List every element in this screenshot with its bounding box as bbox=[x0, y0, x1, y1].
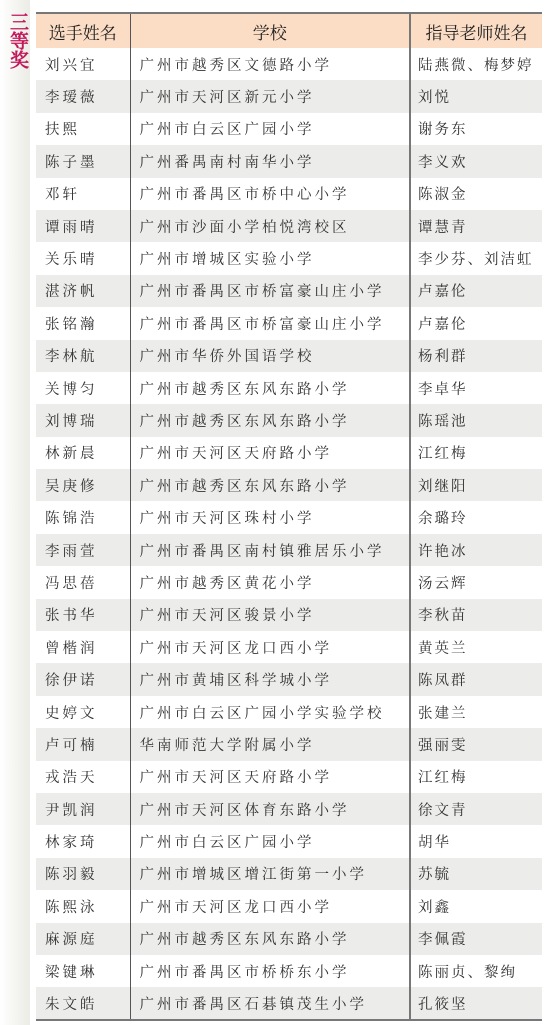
table-row: 冯思蓓广州市越秀区黄花小学汤云辉 bbox=[36, 566, 542, 598]
teacher-name-cell: 胡华 bbox=[410, 825, 542, 857]
school-cell: 广州市白云区广园小学实验学校 bbox=[130, 696, 410, 728]
table-row: 朱文皓广州市番禺区石碁镇茂生小学孔筱坚 bbox=[36, 987, 542, 1019]
school-cell: 广州市白云区广园小学 bbox=[130, 113, 410, 145]
table-row: 梁键琳广州市番禺区市桥桥东小学陈丽贞、黎绚 bbox=[36, 955, 542, 987]
table-header-row: 选手姓名 学校 指导老师姓名 bbox=[36, 13, 542, 48]
school-cell: 广州市沙面小学柏悦湾校区 bbox=[130, 210, 410, 242]
table-row: 关博匀广州市越秀区东风东路小学李卓华 bbox=[36, 372, 542, 404]
school-cell: 广州番禺南村南华小学 bbox=[130, 145, 410, 177]
table-row: 林家琦广州市白云区广园小学胡华 bbox=[36, 825, 542, 857]
student-name-cell: 关乐晴 bbox=[36, 242, 130, 274]
table-row: 吴庚修广州市越秀区东风东路小学刘继阳 bbox=[36, 469, 542, 501]
table-row: 谭雨晴广州市沙面小学柏悦湾校区谭慧青 bbox=[36, 210, 542, 242]
student-name-cell: 林家琦 bbox=[36, 825, 130, 857]
school-cell: 广州市华侨外国语学校 bbox=[130, 340, 410, 372]
table-row: 湛济帆广州市番禺区市桥富豪山庄小学卢嘉伦 bbox=[36, 275, 542, 307]
teacher-name-cell: 陈瑶池 bbox=[410, 404, 542, 436]
table-body: 刘兴宜广州市越秀区文德路小学陆燕微、梅梦婷李瑷薇广州市天河区新元小学刘悦扶熙广州… bbox=[36, 48, 542, 1020]
table-row: 刘兴宜广州市越秀区文德路小学陆燕微、梅梦婷 bbox=[36, 48, 542, 80]
student-name-cell: 尹凯润 bbox=[36, 793, 130, 825]
table-row: 麻源庭广州市越秀区东风东路小学李佩霞 bbox=[36, 923, 542, 955]
teacher-name-cell: 江红梅 bbox=[410, 437, 542, 469]
table-row: 邓轩广州市番禺区市桥中心小学陈淑金 bbox=[36, 178, 542, 210]
teacher-name-cell: 卢嘉伦 bbox=[410, 307, 542, 339]
table-row: 曾楷润广州市天河区龙口西小学黄英兰 bbox=[36, 631, 542, 663]
student-name-cell: 李雨萱 bbox=[36, 534, 130, 566]
student-name-cell: 扶熙 bbox=[36, 113, 130, 145]
student-name-cell: 张书华 bbox=[36, 599, 130, 631]
school-cell: 广州市天河区龙口西小学 bbox=[130, 890, 410, 922]
teacher-name-cell: 李秋苗 bbox=[410, 599, 542, 631]
school-cell: 广州市天河区龙口西小学 bbox=[130, 631, 410, 663]
school-cell: 广州市天河区珠村小学 bbox=[130, 501, 410, 533]
side-band bbox=[0, 0, 30, 1025]
teacher-name-cell: 陆燕微、梅梦婷 bbox=[410, 48, 542, 80]
school-cell: 广州市增城区实验小学 bbox=[130, 242, 410, 274]
school-cell: 广州市越秀区东风东路小学 bbox=[130, 469, 410, 501]
school-cell: 广州市天河区天府路小学 bbox=[130, 761, 410, 793]
student-name-cell: 李瑷薇 bbox=[36, 80, 130, 112]
school-cell: 广州市越秀区东风东路小学 bbox=[130, 404, 410, 436]
teacher-name-cell: 刘悦 bbox=[410, 80, 542, 112]
student-name-cell: 陈羽毅 bbox=[36, 858, 130, 890]
teacher-name-cell: 江红梅 bbox=[410, 761, 542, 793]
teacher-name-cell: 卢嘉伦 bbox=[410, 275, 542, 307]
teacher-name-cell: 陈丽贞、黎绚 bbox=[410, 955, 542, 987]
school-cell: 广州市天河区天府路小学 bbox=[130, 437, 410, 469]
student-name-cell: 曾楷润 bbox=[36, 631, 130, 663]
student-name-cell: 湛济帆 bbox=[36, 275, 130, 307]
header-student-name: 选手姓名 bbox=[36, 13, 130, 48]
award-category-label: 三等奖 bbox=[4, 12, 28, 69]
teacher-name-cell: 孔筱坚 bbox=[410, 987, 542, 1019]
table-row: 扶熙广州市白云区广园小学谢务东 bbox=[36, 113, 542, 145]
school-cell: 广州市天河区体育东路小学 bbox=[130, 793, 410, 825]
table-row: 林新晨广州市天河区天府路小学江红梅 bbox=[36, 437, 542, 469]
school-cell: 广州市天河区新元小学 bbox=[130, 80, 410, 112]
school-cell: 华南师范大学附属小学 bbox=[130, 728, 410, 760]
teacher-name-cell: 陈凤群 bbox=[410, 663, 542, 695]
teacher-name-cell: 张建兰 bbox=[410, 696, 542, 728]
table-row: 史婷文广州市白云区广园小学实验学校张建兰 bbox=[36, 696, 542, 728]
school-cell: 广州市黄埔区科学城小学 bbox=[130, 663, 410, 695]
student-name-cell: 刘博瑞 bbox=[36, 404, 130, 436]
student-name-cell: 梁键琳 bbox=[36, 955, 130, 987]
header-teacher-name: 指导老师姓名 bbox=[410, 13, 542, 48]
school-cell: 广州市越秀区文德路小学 bbox=[130, 48, 410, 80]
teacher-name-cell: 李少芬、刘洁虹 bbox=[410, 242, 542, 274]
student-name-cell: 朱文皓 bbox=[36, 987, 130, 1019]
student-name-cell: 陈熙泳 bbox=[36, 890, 130, 922]
teacher-name-cell: 黄英兰 bbox=[410, 631, 542, 663]
student-name-cell: 陈子墨 bbox=[36, 145, 130, 177]
student-name-cell: 邓轩 bbox=[36, 178, 130, 210]
table-row: 李雨萱广州市番禺区南村镇雅居乐小学许艳冰 bbox=[36, 534, 542, 566]
teacher-name-cell: 李佩霞 bbox=[410, 923, 542, 955]
table-row: 徐伊诺广州市黄埔区科学城小学陈凤群 bbox=[36, 663, 542, 695]
teacher-name-cell: 谢务东 bbox=[410, 113, 542, 145]
winners-table: 选手姓名 学校 指导老师姓名 刘兴宜广州市越秀区文德路小学陆燕微、梅梦婷李瑷薇广… bbox=[36, 12, 542, 1021]
school-cell: 广州市番禺区市桥富豪山庄小学 bbox=[130, 307, 410, 339]
teacher-name-cell: 李义欢 bbox=[410, 145, 542, 177]
school-cell: 广州市番禺区市桥富豪山庄小学 bbox=[130, 275, 410, 307]
student-name-cell: 史婷文 bbox=[36, 696, 130, 728]
teacher-name-cell: 李卓华 bbox=[410, 372, 542, 404]
school-cell: 广州市天河区骏景小学 bbox=[130, 599, 410, 631]
student-name-cell: 陈锦浩 bbox=[36, 501, 130, 533]
student-name-cell: 谭雨晴 bbox=[36, 210, 130, 242]
teacher-name-cell: 刘鑫 bbox=[410, 890, 542, 922]
student-name-cell: 徐伊诺 bbox=[36, 663, 130, 695]
school-cell: 广州市增城区增江街第一小学 bbox=[130, 858, 410, 890]
teacher-name-cell: 陈淑金 bbox=[410, 178, 542, 210]
table-row: 张铭瀚广州市番禺区市桥富豪山庄小学卢嘉伦 bbox=[36, 307, 542, 339]
school-cell: 广州市越秀区东风东路小学 bbox=[130, 372, 410, 404]
student-name-cell: 卢可楠 bbox=[36, 728, 130, 760]
student-name-cell: 冯思蓓 bbox=[36, 566, 130, 598]
student-name-cell: 关博匀 bbox=[36, 372, 130, 404]
school-cell: 广州市番禺区市桥桥东小学 bbox=[130, 955, 410, 987]
teacher-name-cell: 苏毓 bbox=[410, 858, 542, 890]
header-school: 学校 bbox=[130, 13, 410, 48]
teacher-name-cell: 余璐玲 bbox=[410, 501, 542, 533]
table-row: 陈熙泳广州市天河区龙口西小学刘鑫 bbox=[36, 890, 542, 922]
winners-table-container: 选手姓名 学校 指导老师姓名 刘兴宜广州市越秀区文德路小学陆燕微、梅梦婷李瑷薇广… bbox=[36, 12, 542, 1021]
student-name-cell: 张铭瀚 bbox=[36, 307, 130, 339]
school-cell: 广州市越秀区东风东路小学 bbox=[130, 923, 410, 955]
student-name-cell: 林新晨 bbox=[36, 437, 130, 469]
school-cell: 广州市越秀区黄花小学 bbox=[130, 566, 410, 598]
teacher-name-cell: 汤云辉 bbox=[410, 566, 542, 598]
table-row: 陈羽毅广州市增城区增江街第一小学苏毓 bbox=[36, 858, 542, 890]
teacher-name-cell: 许艳冰 bbox=[410, 534, 542, 566]
table-row: 刘博瑞广州市越秀区东风东路小学陈瑶池 bbox=[36, 404, 542, 436]
table-row: 关乐晴广州市增城区实验小学李少芬、刘洁虹 bbox=[36, 242, 542, 274]
school-cell: 广州市番禺区南村镇雅居乐小学 bbox=[130, 534, 410, 566]
teacher-name-cell: 强丽雯 bbox=[410, 728, 542, 760]
student-name-cell: 麻源庭 bbox=[36, 923, 130, 955]
school-cell: 广州市白云区广园小学 bbox=[130, 825, 410, 857]
teacher-name-cell: 谭慧青 bbox=[410, 210, 542, 242]
table-row: 张书华广州市天河区骏景小学李秋苗 bbox=[36, 599, 542, 631]
teacher-name-cell: 杨利群 bbox=[410, 340, 542, 372]
teacher-name-cell: 徐文青 bbox=[410, 793, 542, 825]
table-row: 李林航广州市华侨外国语学校杨利群 bbox=[36, 340, 542, 372]
student-name-cell: 刘兴宜 bbox=[36, 48, 130, 80]
school-cell: 广州市番禺区市桥中心小学 bbox=[130, 178, 410, 210]
student-name-cell: 戎浩天 bbox=[36, 761, 130, 793]
student-name-cell: 李林航 bbox=[36, 340, 130, 372]
table-row: 尹凯润广州市天河区体育东路小学徐文青 bbox=[36, 793, 542, 825]
school-cell: 广州市番禺区石碁镇茂生小学 bbox=[130, 987, 410, 1019]
table-row: 陈子墨广州番禺南村南华小学李义欢 bbox=[36, 145, 542, 177]
student-name-cell: 吴庚修 bbox=[36, 469, 130, 501]
table-row: 陈锦浩广州市天河区珠村小学余璐玲 bbox=[36, 501, 542, 533]
table-row: 卢可楠华南师范大学附属小学强丽雯 bbox=[36, 728, 542, 760]
teacher-name-cell: 刘继阳 bbox=[410, 469, 542, 501]
table-row: 李瑷薇广州市天河区新元小学刘悦 bbox=[36, 80, 542, 112]
table-row: 戎浩天广州市天河区天府路小学江红梅 bbox=[36, 761, 542, 793]
